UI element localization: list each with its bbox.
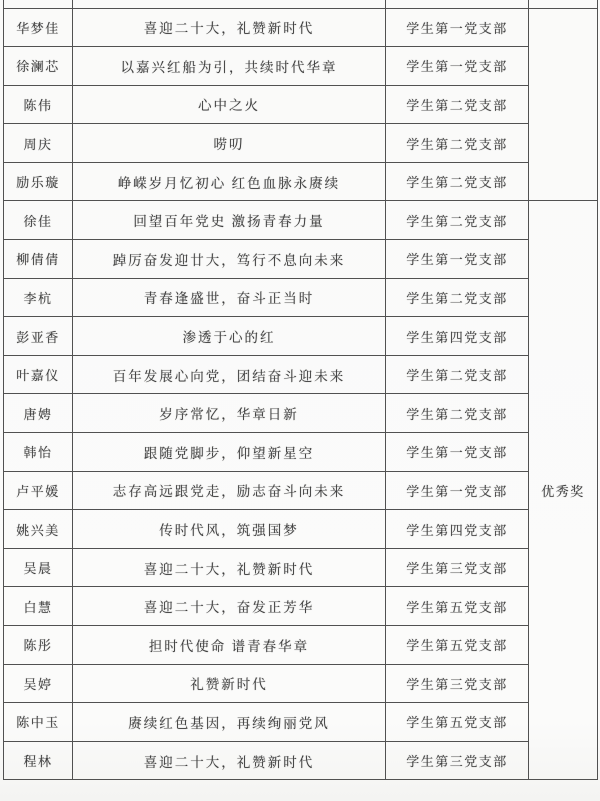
scanned-document-page: 华梦佳喜迎二十大，礼赞新时代学生第一党支部徐澜芯以嘉兴红船为引，共续时代华章学生…	[0, 0, 600, 801]
branch-cell: 学生第一党支部	[386, 8, 529, 47]
table-row: 陈伟心中之火学生第二党支部	[4, 85, 598, 124]
name-cell: 程林	[4, 741, 73, 780]
table-row: 唐娉岁序常忆，华章日新学生第二党支部	[4, 394, 598, 433]
name-cell: 唐娉	[4, 394, 73, 433]
table-row: 徐佳回望百年党史 激扬青春力量学生第二党支部优秀奖	[4, 201, 598, 240]
title-cell: 峥嵘岁月忆初心 红色血脉永赓续	[73, 162, 386, 201]
title-cell: 喜迎二十大，礼赞新时代	[73, 548, 386, 587]
table-row: 陈中玉赓续红色基因，再续绚丽党风学生第五党支部	[4, 703, 598, 742]
title-cell: 踔厉奋发迎廿大，笃行不息向未来	[73, 240, 386, 279]
table-row: 吴晨喜迎二十大，礼赞新时代学生第三党支部	[4, 548, 598, 587]
title-cell: 唠叨	[73, 124, 386, 163]
title-cell: 回望百年党史 激扬青春力量	[73, 201, 386, 240]
award-cell-empty	[529, 8, 598, 201]
title-cell: 跟随党脚步，仰望新星空	[73, 433, 386, 472]
table-row: 卢平媛志存高远跟党走，励志奋斗向未来学生第一党支部	[4, 471, 598, 510]
branch-cell: 学生第五党支部	[386, 587, 529, 626]
branch-cell: 学生第二党支部	[386, 278, 529, 317]
name-cell: 陈中玉	[4, 703, 73, 742]
table-row: 柳倩倩踔厉奋发迎廿大，笃行不息向未来学生第一党支部	[4, 240, 598, 279]
title-cell: 赓续红色基因，再续绚丽党风	[73, 703, 386, 742]
table-row: 白慧喜迎二十大，奋发正芳华学生第五党支部	[4, 587, 598, 626]
name-cell: 吴晨	[4, 548, 73, 587]
branch-cell: 学生第四党支部	[386, 510, 529, 549]
award-cell-excellence: 优秀奖	[529, 201, 598, 780]
name-cell: 励乐璇	[4, 162, 73, 201]
name-cell: 白慧	[4, 587, 73, 626]
title-cell: 喜迎二十大，礼赞新时代	[73, 741, 386, 780]
title-cell: 志存高远跟党走，励志奋斗向未来	[73, 471, 386, 510]
branch-cell: 学生第二党支部	[386, 394, 529, 433]
name-cell: 韩怡	[4, 433, 73, 472]
partial-row-top	[4, 0, 598, 8]
table-row: 周庆唠叨学生第二党支部	[4, 124, 598, 163]
name-cell: 李杭	[4, 278, 73, 317]
partial-cell	[73, 0, 386, 8]
name-cell: 柳倩倩	[4, 240, 73, 279]
name-cell: 吴婷	[4, 664, 73, 703]
name-cell: 彭亚香	[4, 317, 73, 356]
branch-cell: 学生第二党支部	[386, 124, 529, 163]
partial-cell	[386, 0, 529, 8]
title-cell: 喜迎二十大，奋发正芳华	[73, 587, 386, 626]
branch-cell: 学生第三党支部	[386, 664, 529, 703]
award-table: 华梦佳喜迎二十大，礼赞新时代学生第一党支部徐澜芯以嘉兴红船为引，共续时代华章学生…	[3, 0, 598, 780]
branch-cell: 学生第一党支部	[386, 471, 529, 510]
branch-cell: 学生第一党支部	[386, 47, 529, 86]
branch-cell: 学生第二党支部	[386, 355, 529, 394]
title-cell: 渗透于心的红	[73, 317, 386, 356]
table-row: 励乐璇峥嵘岁月忆初心 红色血脉永赓续学生第二党支部	[4, 162, 598, 201]
name-cell: 叶嘉仪	[4, 355, 73, 394]
branch-cell: 学生第一党支部	[386, 240, 529, 279]
branch-cell: 学生第五党支部	[386, 626, 529, 665]
name-cell: 周庆	[4, 124, 73, 163]
title-cell: 以嘉兴红船为引，共续时代华章	[73, 47, 386, 86]
name-cell: 陈彤	[4, 626, 73, 665]
name-cell: 华梦佳	[4, 8, 73, 47]
table-row: 陈彤担时代使命 谱青春华章学生第五党支部	[4, 626, 598, 665]
title-cell: 喜迎二十大，礼赞新时代	[73, 8, 386, 47]
title-cell: 礼赞新时代	[73, 664, 386, 703]
branch-cell: 学生第三党支部	[386, 548, 529, 587]
table-row: 程林喜迎二十大，礼赞新时代学生第三党支部	[4, 741, 598, 780]
name-cell: 徐佳	[4, 201, 73, 240]
title-cell: 青春逢盛世，奋斗正当时	[73, 278, 386, 317]
title-cell: 百年发展心向党，团结奋斗迎未来	[73, 355, 386, 394]
branch-cell: 学生第二党支部	[386, 162, 529, 201]
table-row: 叶嘉仪百年发展心向党，团结奋斗迎未来学生第二党支部	[4, 355, 598, 394]
table-row: 徐澜芯以嘉兴红船为引，共续时代华章学生第一党支部	[4, 47, 598, 86]
name-cell: 陈伟	[4, 85, 73, 124]
branch-cell: 学生第三党支部	[386, 741, 529, 780]
branch-cell: 学生第五党支部	[386, 703, 529, 742]
branch-cell: 学生第四党支部	[386, 317, 529, 356]
branch-cell: 学生第一党支部	[386, 433, 529, 472]
table-row: 吴婷礼赞新时代学生第三党支部	[4, 664, 598, 703]
name-cell: 姚兴美	[4, 510, 73, 549]
name-cell: 徐澜芯	[4, 47, 73, 86]
branch-cell: 学生第二党支部	[386, 201, 529, 240]
table-row: 韩怡跟随党脚步，仰望新星空学生第一党支部	[4, 433, 598, 472]
title-cell: 岁序常忆，华章日新	[73, 394, 386, 433]
table-row: 李杭青春逢盛世，奋斗正当时学生第二党支部	[4, 278, 598, 317]
partial-cell	[529, 0, 598, 8]
title-cell: 担时代使命 谱青春华章	[73, 626, 386, 665]
title-cell: 传时代风，筑强国梦	[73, 510, 386, 549]
title-cell: 心中之火	[73, 85, 386, 124]
name-cell: 卢平媛	[4, 471, 73, 510]
table-row: 华梦佳喜迎二十大，礼赞新时代学生第一党支部	[4, 8, 598, 47]
table-row: 姚兴美传时代风，筑强国梦学生第四党支部	[4, 510, 598, 549]
table-row: 彭亚香渗透于心的红学生第四党支部	[4, 317, 598, 356]
table-body: 华梦佳喜迎二十大，礼赞新时代学生第一党支部徐澜芯以嘉兴红船为引，共续时代华章学生…	[4, 0, 598, 780]
partial-cell	[4, 0, 73, 8]
branch-cell: 学生第二党支部	[386, 85, 529, 124]
